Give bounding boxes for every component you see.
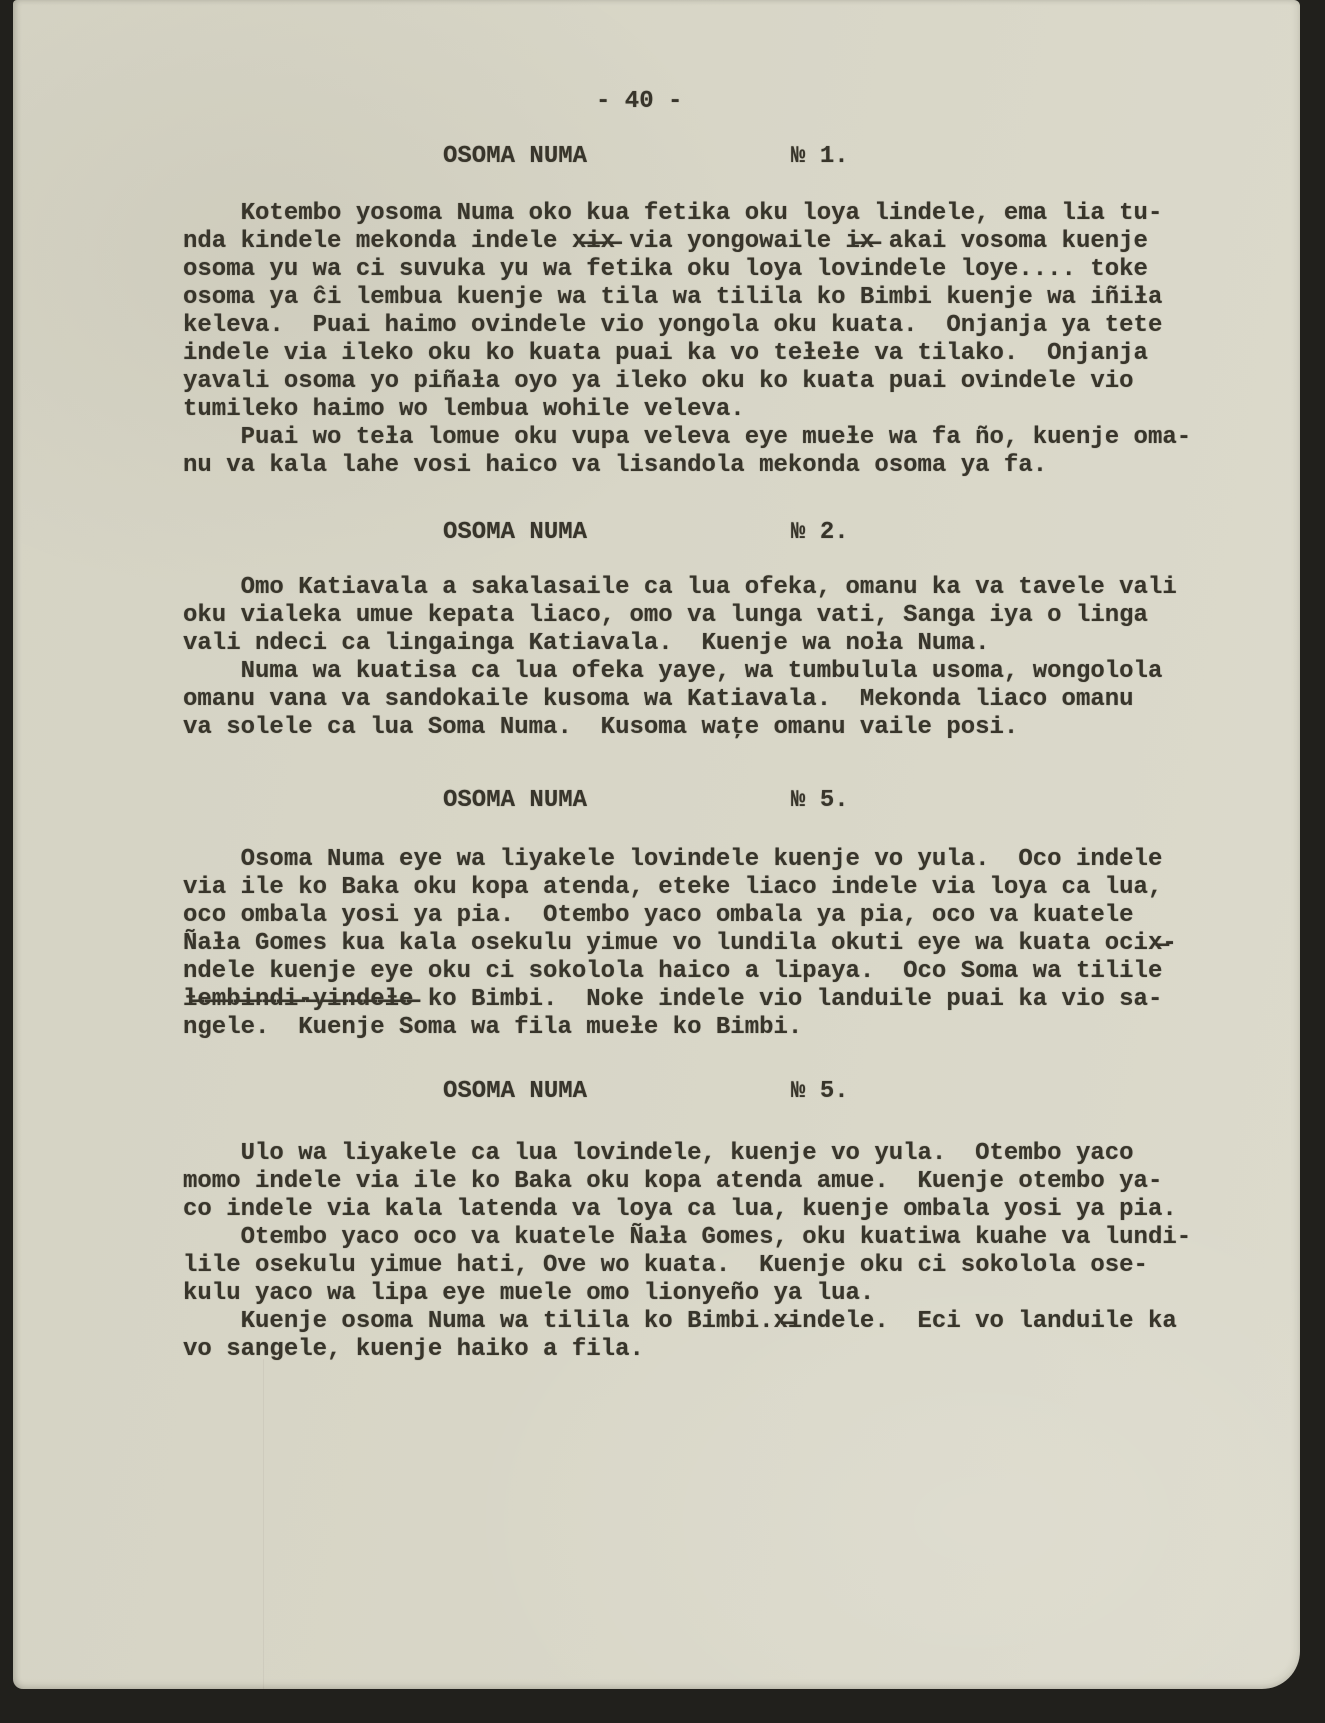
section-number: № 5. <box>791 1078 849 1106</box>
section-heading: OSOMA NUMA № 1. <box>183 143 1300 171</box>
section-title: OSOMA NUMA <box>443 519 587 547</box>
paragraph: Numa wa kuatisa ca lua ofeka yaye, wa tu… <box>183 658 1300 742</box>
section-osoma-numa-4: OSOMA NUMA № 5. Ulo wa liyakele ca lua l… <box>183 1078 1300 1364</box>
section-heading: OSOMA NUMA № 5. <box>183 1078 1300 1106</box>
document-page: - 40 - OSOMA NUMA № 1. Kotembo yosoma Nu… <box>13 0 1300 1689</box>
page-number: - 40 - <box>596 88 1300 116</box>
section-title: OSOMA NUMA <box>443 1078 587 1106</box>
section-number: № 2. <box>791 519 849 547</box>
section-title: OSOMA NUMA <box>443 787 587 815</box>
paragraph: Osoma Numa eye wa liyakele lovindele kue… <box>183 846 1300 1042</box>
paragraph: Kuenje osoma Numa wa tilila ko Bimbi.x̶i… <box>183 1308 1300 1364</box>
scanned-page-background: - 40 - OSOMA NUMA № 1. Kotembo yosoma Nu… <box>0 0 1325 1723</box>
section-title: OSOMA NUMA <box>443 143 587 171</box>
paragraph: Omo Katiavala a sakalasaile ca lua ofeka… <box>183 574 1300 658</box>
section-osoma-numa-1: OSOMA NUMA № 1. Kotembo yosoma Numa oko … <box>183 143 1300 480</box>
section-heading: OSOMA NUMA № 2. <box>183 519 1300 547</box>
paper-crease <box>263 1359 264 1689</box>
section-osoma-numa-3: OSOMA NUMA № 5. Osoma Numa eye wa liyake… <box>183 787 1300 1042</box>
paragraph: Ulo wa liyakele ca lua lovindele, kuenje… <box>183 1140 1300 1224</box>
section-heading: OSOMA NUMA № 5. <box>183 787 1300 815</box>
section-osoma-numa-2: OSOMA NUMA № 2. Omo Katiavala a sakalasa… <box>183 519 1300 742</box>
paragraph: Kotembo yosoma Numa oko kua fetika oku l… <box>183 200 1300 424</box>
paragraph: Puai wo teƚa lomue oku vupa veleva eye m… <box>183 424 1300 480</box>
paragraph: Otembo yaco oco va kuatele Ñaƚa Gomes, o… <box>183 1224 1300 1308</box>
section-number: № 1. <box>791 143 849 171</box>
section-number: № 5. <box>791 787 849 815</box>
